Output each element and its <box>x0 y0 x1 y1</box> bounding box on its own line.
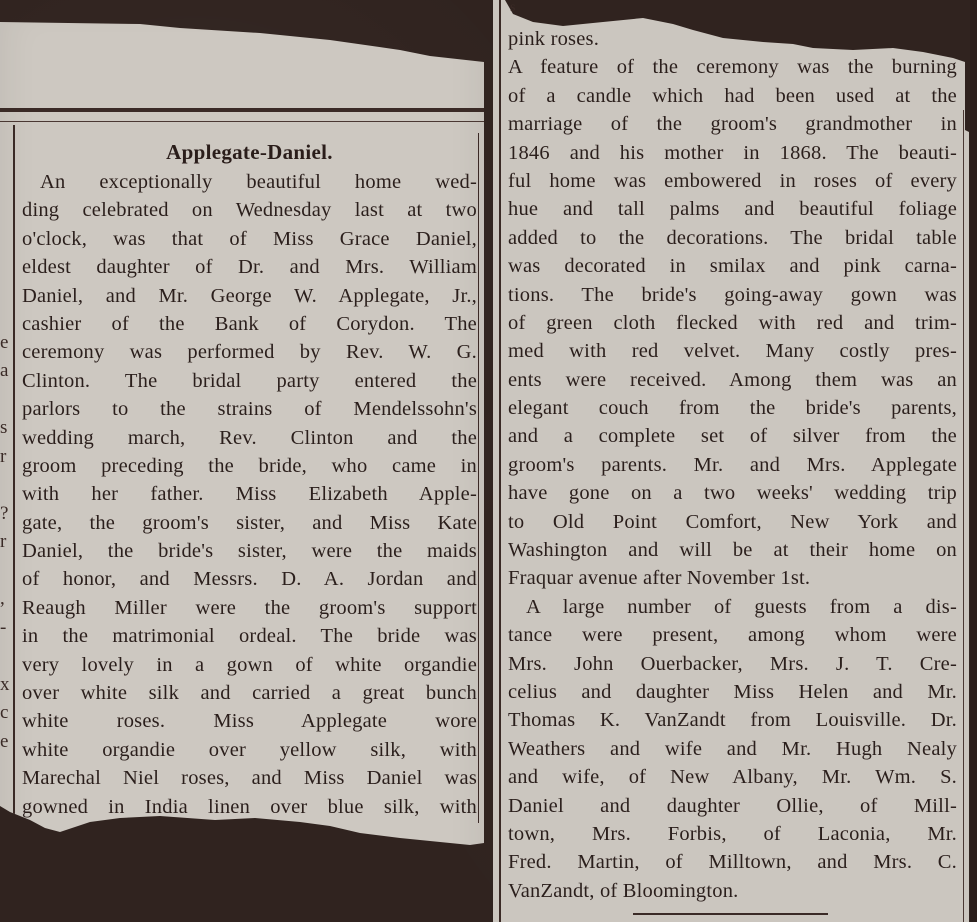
text-line: A feature of the ceremony was the burnin… <box>508 53 957 81</box>
text-line: elegant couch from the bride's parents, <box>508 394 957 422</box>
column-rule-thick <box>0 108 484 112</box>
neighbor-fragment-glyph: c <box>0 699 12 728</box>
neighbor-fragment-glyph <box>0 642 12 671</box>
text-line: and wife, of New Albany, Mr. Wm. S. <box>508 763 957 791</box>
neighbor-fragment-glyph <box>0 300 12 329</box>
column-divider-right <box>963 110 964 922</box>
text-line: have gone on a two weeks' wedding trip <box>508 479 957 507</box>
text-line: Fred. Martin, of Milltown, and Mrs. C. <box>508 848 957 876</box>
neighbor-fragment-glyph <box>0 471 12 500</box>
text-line: Mrs. John Ouerbacker, Mrs. J. T. Cre- <box>508 650 957 678</box>
text-line: Marechal Niel roses, and Miss Daniel was <box>22 764 477 792</box>
text-line: hue and tall palms and beautiful foliage <box>508 195 957 223</box>
column-divider-left <box>499 0 501 922</box>
text-line: Fraquar avenue after November 1st. <box>508 564 957 592</box>
neighbor-fragment-glyph: r <box>0 528 12 557</box>
article-right-column: pink roses.A feature of the ceremony was… <box>508 25 957 905</box>
text-line: town, Mrs. Forbis, of Laconia, Mr. <box>508 820 957 848</box>
text-line: o'clock, was that of Miss Grace Daniel, <box>22 225 477 253</box>
neighbor-fragment-glyph: , <box>0 585 12 614</box>
text-line: groom's parents. Mr. and Mrs. Applegate <box>508 451 957 479</box>
text-line: groom preceding the bride, who came in <box>22 452 477 480</box>
text-line: over white silk and carried a great bunc… <box>22 679 477 707</box>
article-left-column: Applegate-Daniel. An exceptionally beaut… <box>22 138 477 821</box>
text-line: parlors to the strains of Mendelssohn's <box>22 395 477 423</box>
text-line: 1846 and his mother in 1868. The beauti- <box>508 139 957 167</box>
article-headline: Applegate-Daniel. <box>22 138 477 166</box>
text-line: ding celebrated on Wednesday last at two <box>22 196 477 224</box>
text-line: gate, the groom's sister, and Miss Kate <box>22 509 477 537</box>
neighbor-fragment-glyph: r <box>0 443 12 472</box>
text-line: celius and daughter Miss Helen and Mr. <box>508 678 957 706</box>
neighbor-fragment-glyph: e <box>0 329 12 358</box>
text-line: Clinton. The bridal party entered the <box>22 367 477 395</box>
text-line: Daniel and daughter Ollie, of Mill- <box>508 792 957 820</box>
text-line: was decorated in smilax and pink carna- <box>508 252 957 280</box>
text-line: ful home was embowered in roses of every <box>508 167 957 195</box>
right-edge-shadow <box>970 0 977 922</box>
text-line: to Old Point Comfort, New York and <box>508 508 957 536</box>
text-line: Weathers and wife and Mr. Hugh Nealy <box>508 735 957 763</box>
neighbor-fragment-glyph: a <box>0 357 12 386</box>
text-line: An exceptionally beautiful home wed- <box>22 168 477 196</box>
text-line: gowned in India linen over blue silk, wi… <box>22 793 477 821</box>
text-line: VanZandt, of Bloomington. <box>508 877 957 905</box>
text-line: wedding march, Rev. Clinton and the <box>22 424 477 452</box>
text-line: and a complete set of silver from the <box>508 422 957 450</box>
text-line: of a candle which had been used at the <box>508 82 957 110</box>
neighbor-fragment-glyph: ? <box>0 500 12 529</box>
text-line: cashier of the Bank of Corydon. The <box>22 310 477 338</box>
neighbor-fragment-glyph: e <box>0 728 12 757</box>
text-line: Reaugh Miller were the groom's support <box>22 594 477 622</box>
text-line: white roses. Miss Applegate wore <box>22 707 477 735</box>
neighbor-fragment-glyph: x <box>0 671 12 700</box>
text-line: of honor, and Messrs. D. A. Jordan and <box>22 565 477 593</box>
text-line: Washington and will be at their home on <box>508 536 957 564</box>
text-line: Daniel, and Mr. George W. Applegate, Jr.… <box>22 282 477 310</box>
article-end-rule <box>633 913 828 915</box>
text-line: marriage of the groom's grandmother in <box>508 110 957 138</box>
neighbor-fragment-glyph <box>0 557 12 586</box>
torn-top-fragment: s <box>510 2 515 12</box>
neighbor-fragment-glyph: - <box>0 614 12 643</box>
text-line: added to the decorations. The bridal tab… <box>508 224 957 252</box>
text-line: of green cloth flecked with red and trim… <box>508 309 957 337</box>
text-line: Thomas K. VanZandt from Louisville. Dr. <box>508 706 957 734</box>
text-line: in the matrimonial ordeal. The bride was <box>22 622 477 650</box>
text-line: tions. The bride's going-away gown was <box>508 281 957 309</box>
text-line: tance were present, among whom were <box>508 621 957 649</box>
text-line: ents were received. Among them was an <box>508 366 957 394</box>
neighbor-column-fragments: easr?r,-xce <box>0 300 12 756</box>
text-line: eldest daughter of Dr. and Mrs. William <box>22 253 477 281</box>
text-line: A large number of guests from a dis- <box>508 593 957 621</box>
neighbor-fragment-glyph <box>0 386 12 415</box>
text-line: pink roses. <box>508 25 957 53</box>
text-line: med with red velvet. Many costly pres- <box>508 337 957 365</box>
column-rule-thin <box>0 121 484 122</box>
text-line: Daniel, the bride's sister, were the mai… <box>22 537 477 565</box>
column-divider-right <box>478 133 479 823</box>
text-line: white organdie over yellow silk, with <box>22 736 477 764</box>
text-line: very lovely in a gown of white organdie <box>22 651 477 679</box>
right-column-body: pink roses.A feature of the ceremony was… <box>508 25 957 905</box>
neighbor-fragment-glyph: s <box>0 414 12 443</box>
text-line: with her father. Miss Elizabeth Apple- <box>22 480 477 508</box>
left-column-body: An exceptionally beautiful home wed-ding… <box>22 168 477 821</box>
text-line: ceremony was performed by Rev. W. G. <box>22 338 477 366</box>
column-divider-left <box>13 125 15 825</box>
